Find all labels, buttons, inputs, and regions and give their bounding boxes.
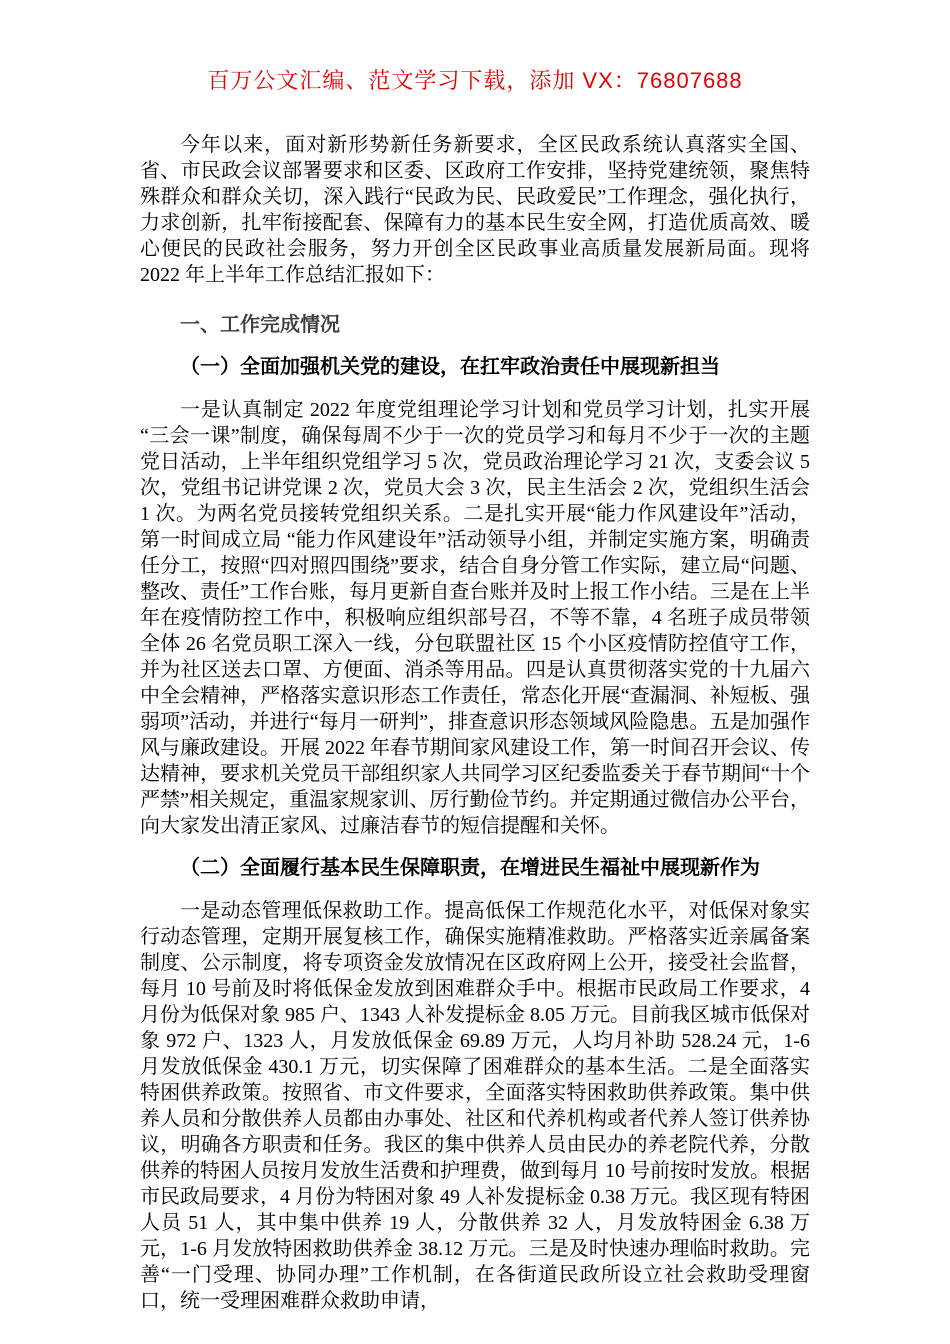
section-heading-work-completion: 一、工作完成情况 (140, 312, 810, 338)
promo-banner-text: 百万公文汇编、范文学习下载，添加 VX：76807688 (0, 66, 950, 96)
intro-paragraph: 今年以来，面对新形势新任务新要求，全区民政系统认真落实全国、省、市民政会议部署要… (140, 132, 810, 288)
document-page: 百万公文汇编、范文学习下载，添加 VX：76807688 今年以来，面对新形势新… (0, 0, 950, 1344)
subsection-heading-party-building: （一）全面加强机关党的建设，在扛牢政治责任中展现新担当 (140, 354, 810, 381)
paragraph-livelihood-security: 一是动态管理低保救助工作。提高低保工作规范化水平，对低保对象实行动态管理，定期开… (140, 898, 810, 1314)
document-content: 今年以来，面对新形势新任务新要求，全区民政系统认真落实全国、省、市民政会议部署要… (0, 132, 950, 1314)
subsection-heading-livelihood-security: （二）全面履行基本民生保障职责，在增进民生福祉中展现新作为 (140, 855, 810, 882)
paragraph-party-building: 一是认真制定 2022 年度党组理论学习计划和党员学习计划，扎实开展“三会一课”… (140, 397, 810, 839)
